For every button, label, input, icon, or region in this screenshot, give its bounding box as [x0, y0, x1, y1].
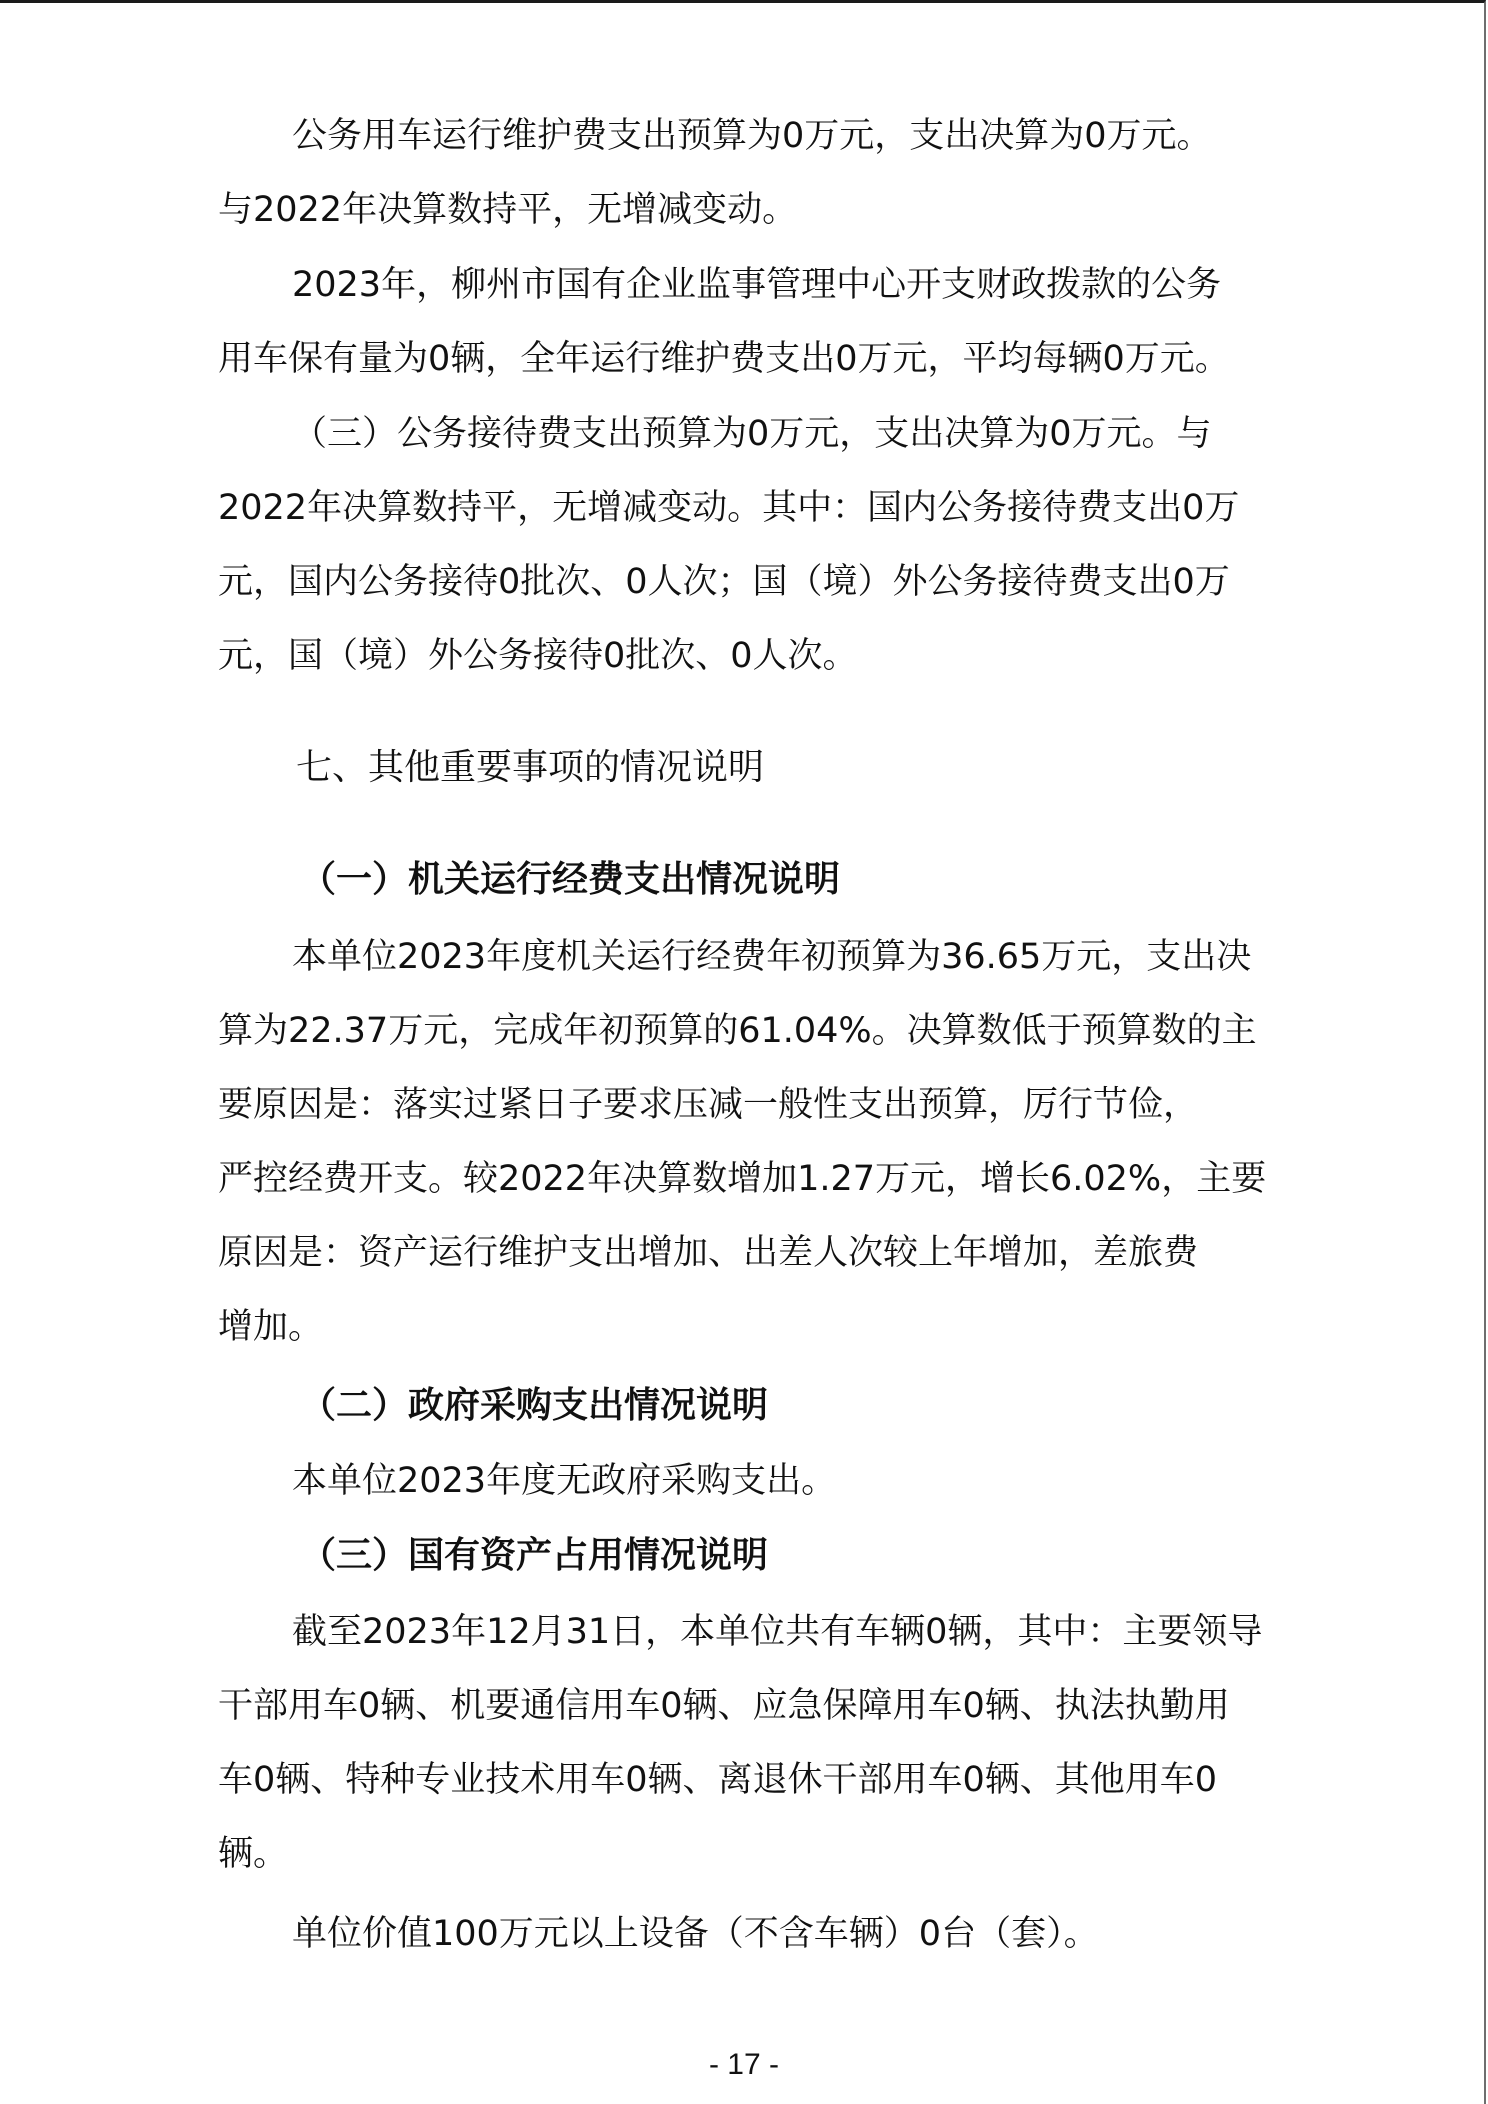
text-line: 要原因是：落实过紧日子要求压减一般性支出预算，厉行节俭，: [218, 1068, 1298, 1142]
text-line: 与2022年决算数持平，无增减变动。: [218, 173, 1298, 247]
paragraph-equipment: 单位价值100万元以上设备（不含车辆）0台（套）。: [218, 1897, 1298, 1971]
paragraph-procurement: 本单位2023年度无政府采购支出。: [218, 1444, 1298, 1518]
paragraph-state-assets: 截至2023年12月31日，本单位共有车辆0辆，其中：主要领导 干部用车0辆、机…: [218, 1595, 1298, 1891]
text-line: 严控经费开支。较2022年决算数增加1.27万元，增长6.02%，主要: [218, 1142, 1298, 1216]
subsection-heading-state-assets: （三）国有资产占用情况说明: [300, 1531, 768, 1581]
document-page: 公务用车运行维护费支出预算为0万元，支出决算为0万元。 与2022年决算数持平，…: [0, 0, 1486, 2104]
text-line: 原因是：资产运行维护支出增加、出差人次较上年增加，差旅费: [218, 1216, 1298, 1290]
paragraph-vehicle-holdings: 2023年，柳州市国有企业监事管理中心开支财政拨款的公务 用车保有量为0辆，全年…: [218, 248, 1298, 396]
text-line: 干部用车0辆、机要通信用车0辆、应急保障用车0辆、执法执勤用: [218, 1669, 1298, 1743]
text-line: 元，国（境）外公务接待0批次、0人次。: [218, 619, 1298, 693]
paragraph-vehicle-maintenance: 公务用车运行维护费支出预算为0万元，支出决算为0万元。 与2022年决算数持平，…: [218, 99, 1298, 247]
text-line: 本单位2023年度无政府采购支出。: [218, 1444, 1298, 1518]
paragraph-operating-expenses: 本单位2023年度机关运行经费年初预算为36.65万元，支出决 算为22.37万…: [218, 920, 1298, 1364]
text-line: 2022年决算数持平，无增减变动。其中：国内公务接待费支出0万: [218, 471, 1298, 545]
text-line: 增加。: [218, 1290, 1298, 1364]
text-line: 截至2023年12月31日，本单位共有车辆0辆，其中：主要领导: [218, 1595, 1298, 1669]
text-line: 本单位2023年度机关运行经费年初预算为36.65万元，支出决: [218, 920, 1298, 994]
text-line: 单位价值100万元以上设备（不含车辆）0台（套）。: [218, 1897, 1298, 1971]
paragraph-reception: （三）公务接待费支出预算为0万元，支出决算为0万元。与 2022年决算数持平，无…: [218, 397, 1298, 693]
text-line: 车0辆、特种专业技术用车0辆、离退休干部用车0辆、其他用车0: [218, 1743, 1298, 1817]
section-heading: 七、其他重要事项的情况说明: [296, 743, 764, 793]
text-line: 辆。: [218, 1817, 1298, 1891]
subsection-heading-procurement: （二）政府采购支出情况说明: [300, 1381, 768, 1431]
text-line: 元，国内公务接待0批次、0人次；国（境）外公务接待费支出0万: [218, 545, 1298, 619]
page-number: - 17 -: [0, 2045, 1488, 2085]
text-line: 用车保有量为0辆，全年运行维护费支出0万元，平均每辆0万元。: [218, 322, 1298, 396]
text-line: （三）公务接待费支出预算为0万元，支出决算为0万元。与: [218, 397, 1298, 471]
text-line: 算为22.37万元，完成年初预算的61.04%。决算数低于预算数的主: [218, 994, 1298, 1068]
text-line: 公务用车运行维护费支出预算为0万元，支出决算为0万元。: [218, 99, 1298, 173]
text-line: 2023年，柳州市国有企业监事管理中心开支财政拨款的公务: [218, 248, 1298, 322]
subsection-heading-operating-expenses: （一）机关运行经费支出情况说明: [300, 855, 840, 905]
